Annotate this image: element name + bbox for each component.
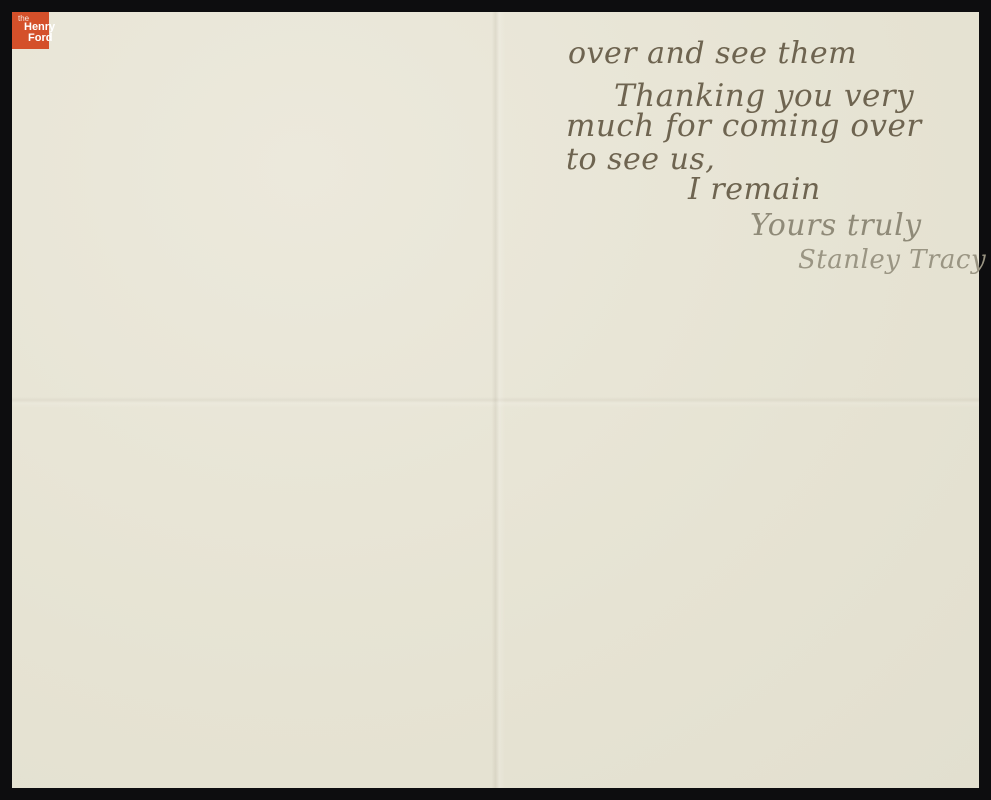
closing-line: I remain bbox=[688, 172, 821, 207]
handwritten-line: much for coming over bbox=[566, 108, 922, 144]
the-henry-ford-logo: the Henry Ford bbox=[12, 12, 49, 49]
handwritten-line: over and see them bbox=[568, 36, 857, 71]
valediction: Yours truly bbox=[750, 208, 922, 243]
signature: Stanley Tracy bbox=[798, 245, 986, 275]
logo-ford: Ford bbox=[28, 33, 47, 44]
